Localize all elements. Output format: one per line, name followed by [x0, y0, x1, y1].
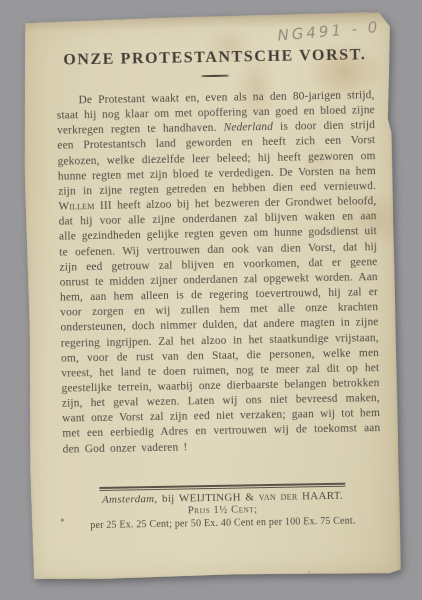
pamphlet-body-text: De Protestant waakt en, even als na den …: [56, 88, 381, 475]
paper-speck: [308, 571, 310, 573]
title-divider-rule: [56, 72, 374, 80]
imprint-section: Amsterdam, bij WEIJTINGH & van der HAART…: [63, 482, 382, 532]
pamphlet-title: ONZE PROTESTANTSCHE VORST.: [56, 46, 374, 70]
pamphlet-page: NG491 - 0 ONZE PROTESTANTSCHE VORST. De …: [21, 12, 401, 581]
scan-backdrop: NG491 - 0 ONZE PROTESTANTSCHE VORST. De …: [0, 0, 422, 600]
catalog-annotation-handwritten: NG491 - 0: [277, 15, 418, 45]
paper-sheet: NG491 - 0 ONZE PROTESTANTSCHE VORST. De …: [21, 12, 401, 581]
paper-speck: [61, 519, 64, 522]
